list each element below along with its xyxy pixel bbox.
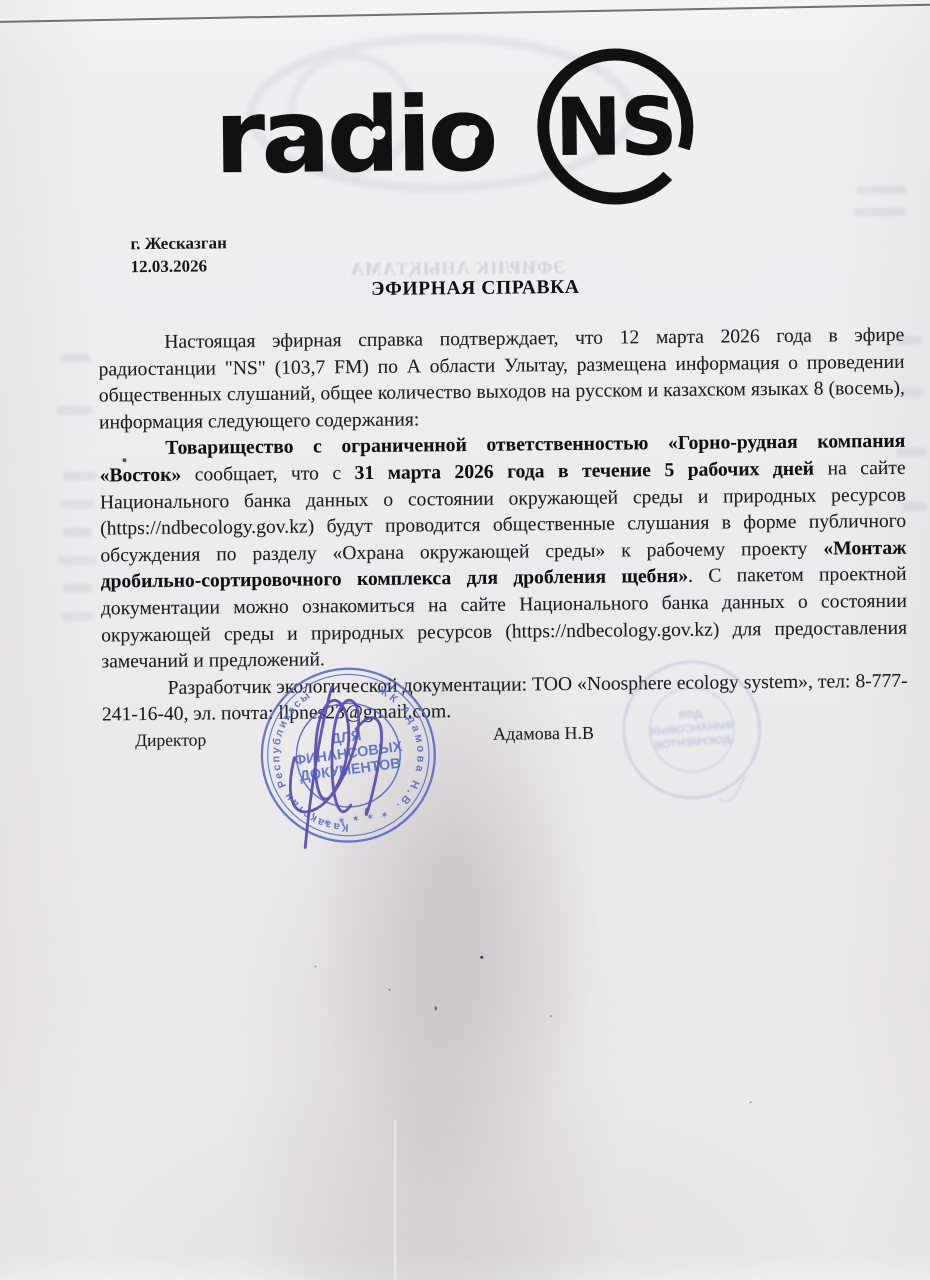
ink-speck (122, 458, 126, 462)
logo-record-hole (371, 126, 385, 140)
signer-name: Адамова Н.В (493, 723, 594, 745)
bleedthrough-text-bar (896, 336, 922, 345)
bleedthrough-text-bar (61, 612, 95, 621)
document-page: radio NS г. Жесказган 12.03.2026 ЭФИРЛІК… (0, 0, 930, 1280)
bleedthrough-text-bar (63, 584, 93, 593)
paragraph-announcement: Товарищество с ограниченной ответственно… (99, 429, 907, 676)
bleedthrough-text-bar (62, 528, 92, 537)
bleedthrough-text-bar (857, 186, 907, 194)
bleedthrough-text-bar (60, 354, 90, 363)
city-date-block: г. Жесказган 12.03.2026 (130, 231, 227, 278)
ink-speck (480, 956, 483, 959)
document-body: Настоящая эфирная справка подтверждает, … (98, 323, 908, 730)
logo-wordmark-radio: radio (214, 75, 495, 198)
bleedthrough-text-bar (60, 500, 94, 509)
ink-speck (435, 1006, 437, 1010)
paragraph-developer-contacts: Разработчик экологической документации: … (102, 668, 908, 729)
logo-wordmark-ns: NS (555, 80, 676, 174)
bleedthrough-text-bar (58, 556, 96, 565)
handwritten-signature (270, 668, 452, 870)
ink-speck (750, 1101, 752, 1103)
date-line: 12.03.2026 (131, 254, 228, 278)
radio-ns-logo: radio NS (210, 46, 712, 211)
bleedthrough-text-bar (901, 388, 925, 397)
bleedthrough-text-bar (902, 502, 926, 511)
signature-role-label: Директор (135, 729, 206, 751)
logo-record-hole (286, 127, 300, 141)
logo-record-hole (465, 125, 479, 139)
bleedthrough-text-bar (64, 472, 96, 481)
svg-text:ДОКУМЕНТОВ: ДОКУМЕНТОВ (654, 734, 732, 752)
document-title: ЭФИРНАЯ СПРАВКА (93, 274, 858, 303)
bleedthrough-text-bar (897, 448, 925, 457)
bleedthrough-text-bar (853, 208, 907, 217)
bleedthrough-text-bar (57, 406, 93, 415)
ink-speck (550, 1015, 552, 1017)
ink-speck (314, 965, 316, 967)
city-line: г. Жесказган (130, 231, 227, 255)
paragraph-broadcast-statement: Настоящая эфирная справка подтверждает, … (98, 323, 905, 437)
ink-speck (389, 989, 391, 991)
